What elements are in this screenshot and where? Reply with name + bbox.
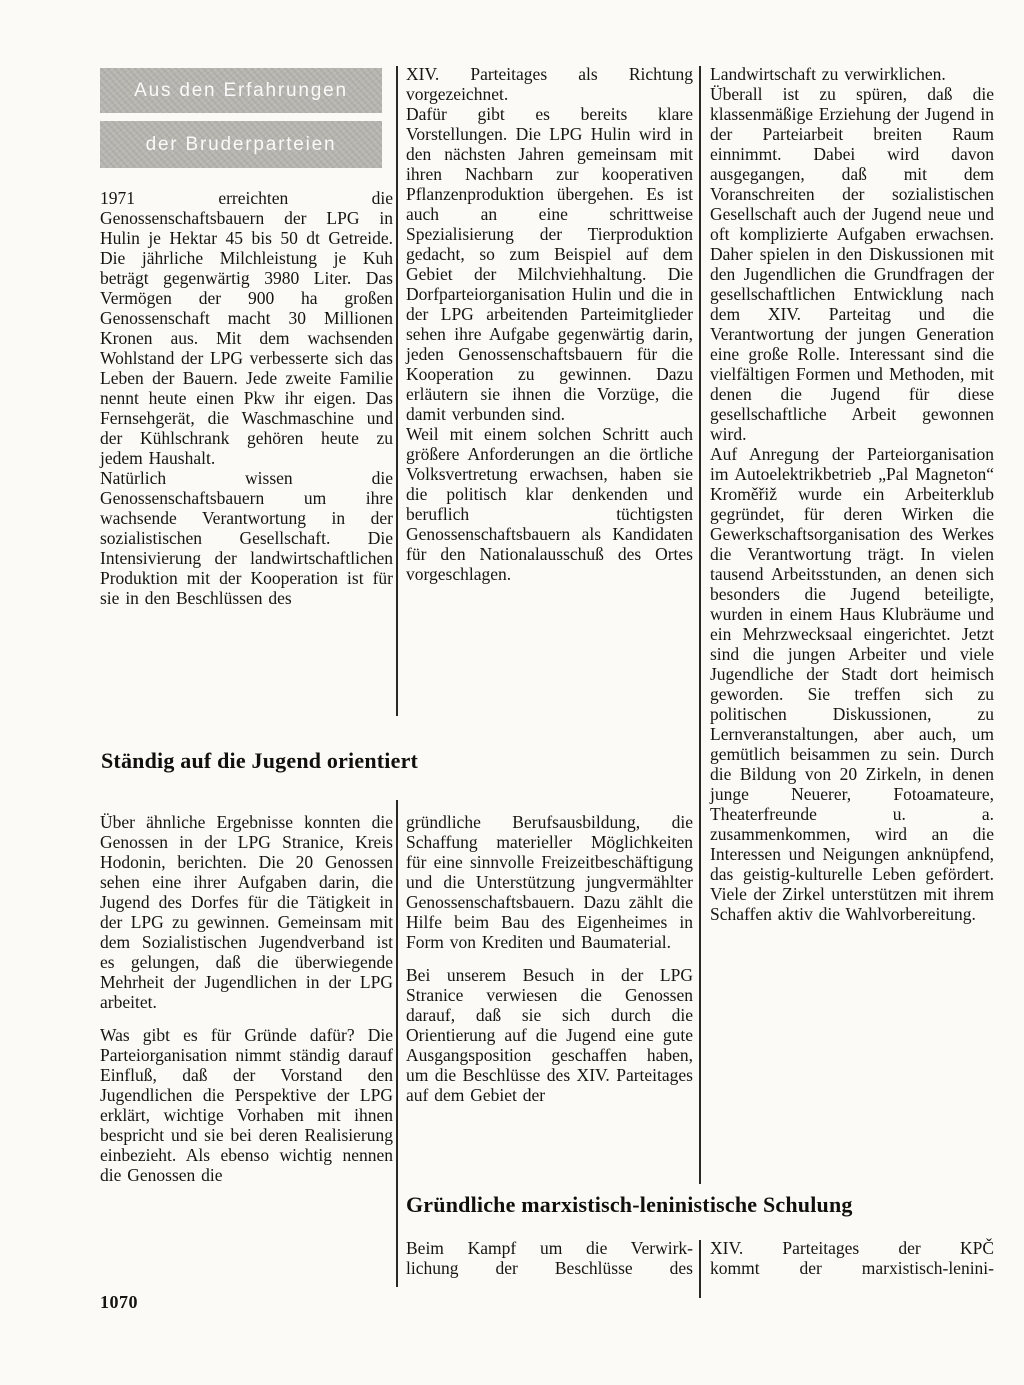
watermark-bar-top: Aus den Erfahrungen xyxy=(100,68,382,113)
paragraph: Auf Anregung der Parteiorganisation im A… xyxy=(710,444,994,924)
section2-column2: gründliche Berufsausbildung, die Schaffu… xyxy=(406,812,693,1105)
column-divider-right-lower xyxy=(699,1240,701,1298)
section-heading-schulung: Gründliche marxistisch-leninistische Sch… xyxy=(406,1192,853,1218)
page-number: 1070 xyxy=(100,1292,138,1313)
column-divider-left-lower xyxy=(396,800,398,1287)
section-heading-jugend: Ständig auf die Jugend orientiert xyxy=(101,748,418,774)
section2-column1: Über ähnliche Ergebnisse konnten die Gen… xyxy=(100,812,393,1185)
paragraph: Landwirtschaft zu verwirklichen. xyxy=(710,64,994,84)
watermark-line2: der Bruderparteien xyxy=(146,134,337,156)
section1-column2: XIV. Parteitages als Richtung vorgezeich… xyxy=(406,64,693,584)
section3-column-right: XIV. Parteitages der KPČ kommt der marxi… xyxy=(710,1238,994,1278)
column-divider-right-upper xyxy=(699,66,701,1184)
paragraph: gründliche Berufsausbildung, die Schaffu… xyxy=(406,812,693,952)
paragraph: Bei unserem Besuch in der LPG Stranice v… xyxy=(406,965,693,1105)
paragraph: XIV. Parteitages als Richtung vorgezeich… xyxy=(406,64,693,104)
paragraph: Überall ist zu spüren, daß die klassenmä… xyxy=(710,84,994,444)
paragraph: 1971 erreichten die Genossenschaftsbauer… xyxy=(100,188,393,468)
paragraph: Über ähnliche Ergebnisse konnten die Gen… xyxy=(100,812,393,1012)
paragraph: Natürlich wissen die Genossenschaftsbaue… xyxy=(100,468,393,608)
paragraph: Was gibt es für Gründe dafür? Die Partei… xyxy=(100,1025,393,1185)
section3-column-left: Beim Kampf um die Verwirk- lichung der B… xyxy=(406,1238,693,1278)
paragraph: Weil mit einem solchen Schritt auch größ… xyxy=(406,424,693,584)
column-divider-left-upper xyxy=(396,66,398,716)
section1-column1: 1971 erreichten die Genossenschaftsbauer… xyxy=(100,188,393,608)
watermark-line1: Aus den Erfahrungen xyxy=(134,80,348,102)
scanned-document-page: Aus den Erfahrungen der Bruderparteien 1… xyxy=(0,0,1024,1385)
watermark-bar-bottom: der Bruderparteien xyxy=(100,121,382,168)
paragraph: Dafür gibt es bereits klare Vorstellunge… xyxy=(406,104,693,424)
section1-column3: Landwirtschaft zu verwirklichen. Überall… xyxy=(710,64,994,924)
